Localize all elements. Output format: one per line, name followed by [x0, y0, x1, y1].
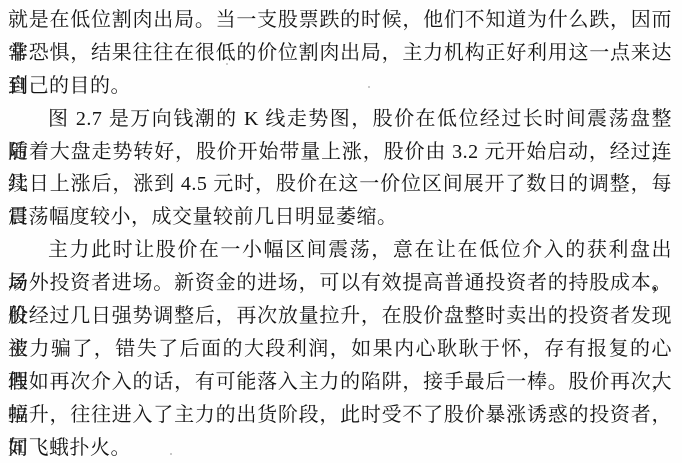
text-line: 就是在低位割肉出局。当一支股票跌的时候，他们不知道为什么跌，因而非	[8, 4, 672, 37]
text-line: 常恐惧，结果往往在很低的价位割肉出局，主力机构正好利用这一点来达到	[8, 37, 672, 70]
text-line: 假如再次介入的话，有可能落入主力的陷阱，接手最后一棒。股价再次大幅	[8, 366, 672, 399]
text-line: 主力骗了，错失了后面的大段利润，如果内心耿耿于怀，存有报复的心理，	[8, 333, 672, 366]
text-line: 拉升，往往进入了主力的出货阶段，此时受不了股价暴涨诱惑的投资者，如	[8, 399, 672, 432]
text-line: 场外投资者进场。新资金的进场，可以有效提高普通投资者的持股成本。股	[8, 267, 672, 300]
text-line: 价经过几日强势调整后，再次放量拉升，在股价盘整时卖出的投资者发现被	[8, 300, 672, 333]
text-line: 随着大盘走势转好，股价开始带量上涨，股价由 3.2 元开始启动，经过连续	[8, 136, 672, 169]
text-line: 自己的目的。	[8, 70, 672, 103]
text-line: 几日上涨后，涨到 4.5 元时，股价在这一价位区间展开了数日的调整，每日	[8, 168, 672, 201]
text-line: 主力此时让股价在一小幅区间震荡，意在让在低位介入的获利盘出局，	[8, 234, 672, 267]
paragraph-2: 图 2.7 是万向钱潮的 K 线走势图，股价在低位经过长时间震荡盘整后， 随着大…	[8, 103, 672, 235]
scan-speck	[170, 453, 172, 455]
scan-speck	[368, 86, 370, 88]
text-line: 图 2.7 是万向钱潮的 K 线走势图，股价在低位经过长时间震荡盘整后，	[8, 103, 672, 136]
paragraph-1: 就是在低位割肉出局。当一支股票跌的时候，他们不知道为什么跌，因而非 常恐惧，结果…	[8, 4, 672, 103]
document-page: 就是在低位割肉出局。当一支股票跌的时候，他们不知道为什么跌，因而非 常恐惧，结果…	[0, 0, 682, 463]
paragraph-3: 主力此时让股价在一小幅区间震荡，意在让在低位介入的获利盘出局， 场外投资者进场。…	[8, 234, 672, 463]
scan-speck	[226, 63, 228, 65]
text-line: 震荡幅度较小，成交量较前几日明显萎缩。	[8, 201, 672, 234]
text-line: 同飞蛾扑火。	[8, 432, 672, 463]
